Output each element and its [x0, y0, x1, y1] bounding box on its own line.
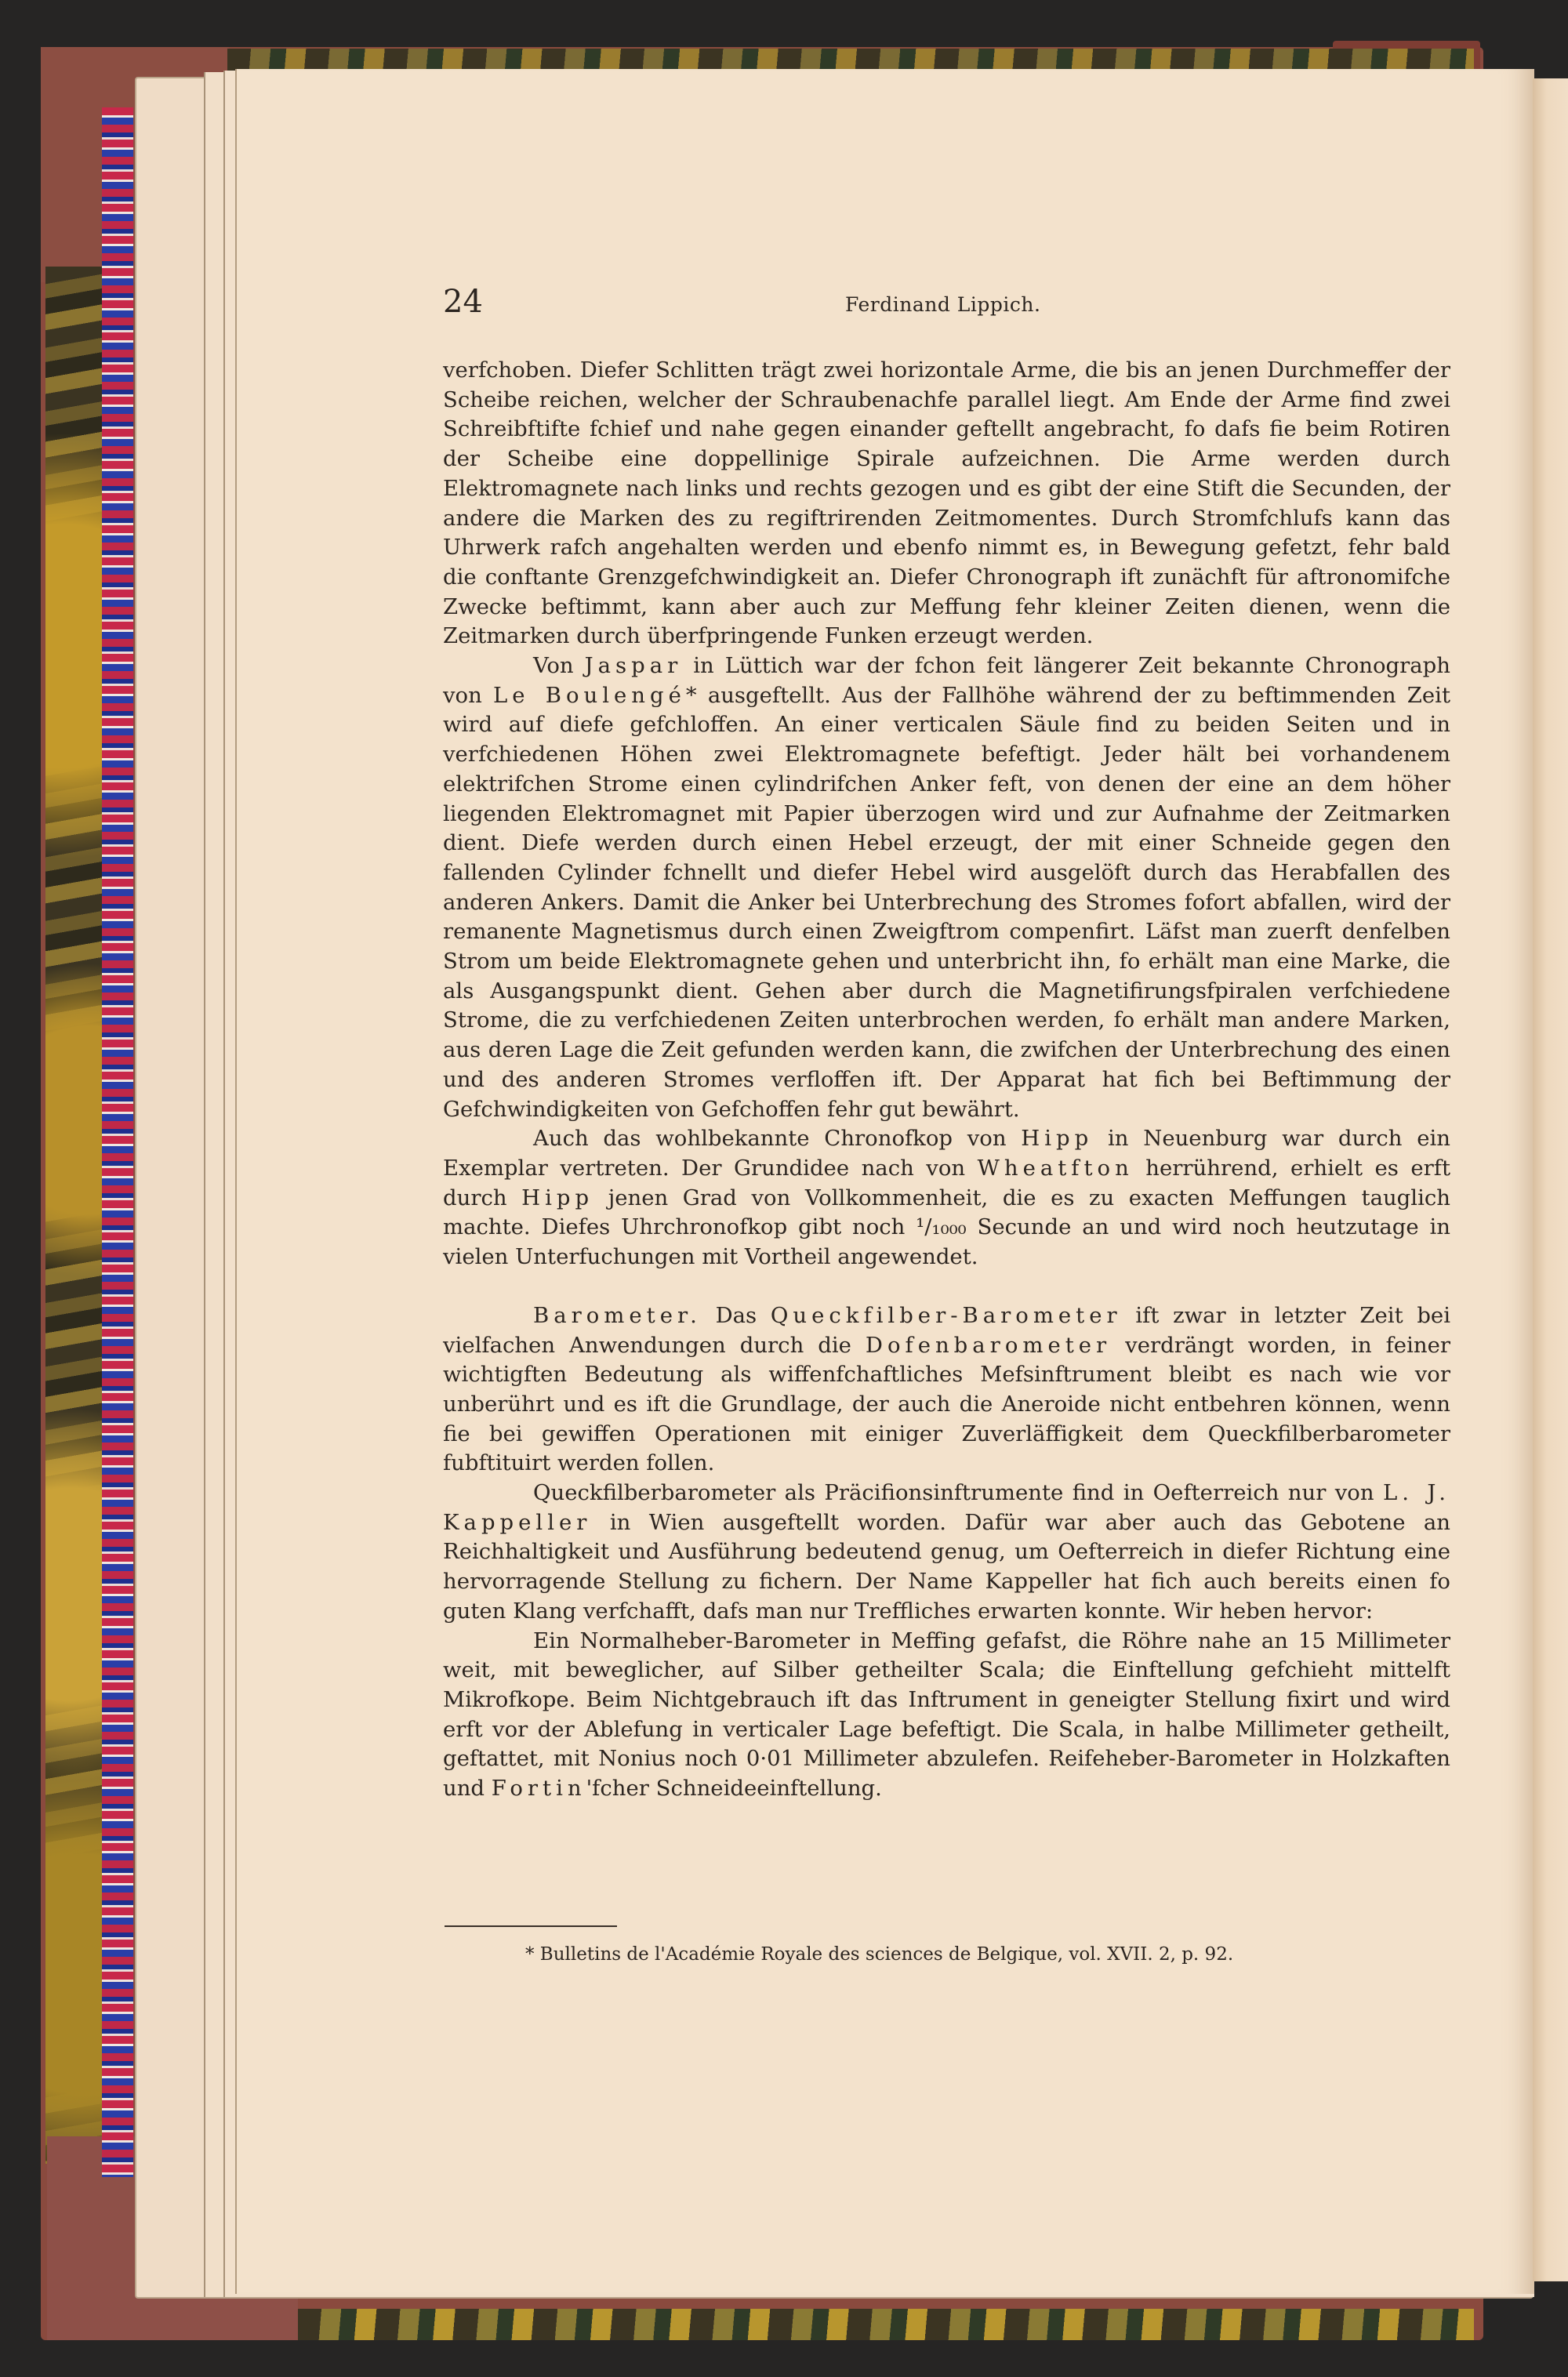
running-title: Ferdinand Lippich. — [845, 293, 1040, 316]
body-text: verfchoben. Diefer Schlitten trägt zwei … — [443, 356, 1450, 1804]
text-run: in Wien ausgeftellt worden. Dafür war ab… — [443, 1510, 1450, 1624]
page-gutter — [1533, 78, 1568, 2281]
marbled-page-edge — [102, 107, 133, 2177]
text-run: Auch das wohlbekannte Chronofkop von — [533, 1126, 1021, 1151]
footnote-rule — [445, 1925, 617, 1927]
spaced-name: Queckfilber-Barometer — [771, 1303, 1122, 1328]
text-run: 'fcher Schneideeinftellung. — [586, 1776, 882, 1801]
spaced-name: Le Boulengé — [493, 683, 686, 708]
text-run: * ausgeftellt. Aus der Fallhöhe während … — [443, 683, 1450, 1122]
text-run: Queckfilberbarometer als Präcifionsinftr… — [533, 1480, 1383, 1505]
spaced-name: Dofenbarometer — [866, 1333, 1111, 1358]
marbled-cover-bottom — [298, 2309, 1474, 2340]
spaced-name: Hipp — [521, 1185, 593, 1210]
spaced-name: Fortin — [492, 1776, 586, 1801]
spaced-name: Barometer. — [533, 1303, 702, 1328]
spaced-name: Hipp — [1021, 1126, 1093, 1151]
paragraph: Auch das wohlbekannte Chronofkop von Hip… — [443, 1124, 1450, 1272]
text-run: Von — [533, 653, 585, 678]
paragraph: Ein Normalheber-Barometer in Meffing gef… — [443, 1627, 1450, 1804]
paragraph: Barometer. Das Queckfilber-Barometer ift… — [443, 1301, 1450, 1479]
spaced-name: Wheatfton — [978, 1156, 1134, 1181]
paragraph: Queckfilberbarometer als Präcifionsinftr… — [443, 1479, 1450, 1627]
footnote: * Bulletins de l'Académie Royale des sci… — [525, 1944, 1233, 1965]
page-number: 24 — [443, 284, 483, 320]
text-run: Ein Normalheber-Barometer in Meffing gef… — [443, 1628, 1450, 1802]
marbled-cover-left — [45, 267, 107, 2164]
paragraph: Von Jaspar in Lüttich war der fchon feit… — [443, 651, 1450, 1124]
paragraph: verfchoben. Diefer Schlitten trägt zwei … — [443, 356, 1450, 651]
text-run: Das — [702, 1303, 771, 1328]
spaced-name: Jaspar — [585, 653, 683, 678]
text-run: jenen Grad von Vollkommenheit, die es zu… — [443, 1185, 1450, 1269]
